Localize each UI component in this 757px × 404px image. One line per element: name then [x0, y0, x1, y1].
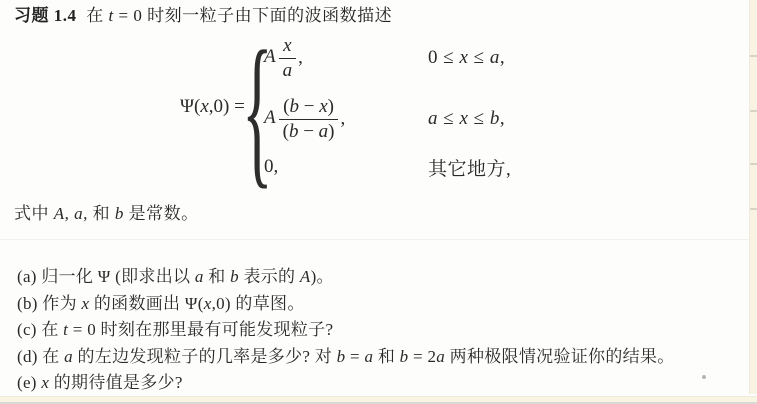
case-row: A(b − x)(b − a), a ≤ x ≤ b, [264, 90, 600, 148]
trailing-comma: , [340, 107, 345, 128]
fraction-numerator: x [279, 35, 297, 59]
coefficient: A [264, 46, 276, 67]
page-edge-tick [750, 110, 757, 112]
question-item-e: (e) x 的期待值是多少? [17, 370, 675, 397]
question-item-c: (c) 在 t = 0 时刻在那里最有可能发现粒子? [17, 317, 675, 344]
page-edge-tick [750, 208, 757, 210]
fraction-denominator: a [279, 59, 297, 82]
coefficient: A [264, 107, 276, 128]
zero-value: 0, [264, 156, 278, 177]
case-expression: 0, [264, 156, 428, 178]
scan-speck [702, 375, 706, 379]
page-edge-tick [750, 55, 757, 57]
fraction-denominator: (b − a) [279, 120, 339, 143]
question-item-a: (a) 归一化 Ψ (即求出以 a 和 b 表示的 A)。 [17, 264, 675, 291]
scan-seam-line [0, 239, 757, 240]
fraction-numerator: (b − x) [279, 96, 339, 120]
constants-note: 式中 A, a, 和 b 是常数。 [14, 202, 199, 226]
case-row: Axa, 0 ≤ x ≤ a, [264, 30, 600, 86]
document-page: 习题 1.4 在 t = 0 时刻一粒子由下面的波函数描述 Ψ(x,0) = {… [0, 0, 757, 404]
case-expression: A(b − x)(b − a), [264, 96, 428, 143]
equation-lhs: Ψ(x,0) = [180, 94, 245, 120]
fraction: xa [279, 35, 297, 82]
question-item-b: (b) 作为 x 的函数画出 Ψ(x,0) 的草图。 [17, 291, 675, 318]
case-row: 0, 其它地方, [264, 150, 600, 184]
case-condition: 其它地方, [428, 154, 511, 181]
trailing-comma: , [298, 46, 303, 67]
question-item-d: (d) 在 a 的左边发现粒子的几率是多少? 对 b = a 和 b = 2a … [17, 344, 675, 371]
question-list: (a) 归一化 Ψ (即求出以 a 和 b 表示的 A)。 (b) 作为 x 的… [17, 264, 675, 397]
case-condition: a ≤ x ≤ b, [428, 108, 505, 130]
case-condition: 0 ≤ x ≤ a, [428, 47, 505, 69]
page-edge-tick [750, 163, 757, 165]
cases-list: Axa, 0 ≤ x ≤ a, A(b − x)(b − a), a ≤ x ≤… [264, 30, 600, 184]
wave-function-equation: Ψ(x,0) = { Axa, 0 ≤ x ≤ a, A(b − x)(b − … [180, 30, 600, 200]
book-page-edges [749, 0, 757, 394]
problem-title: 习题 1.4 在 t = 0 时刻一粒子由下面的波函数描述 [14, 4, 392, 28]
case-expression: Axa, [264, 35, 428, 82]
fraction: (b − x)(b − a) [279, 96, 339, 143]
